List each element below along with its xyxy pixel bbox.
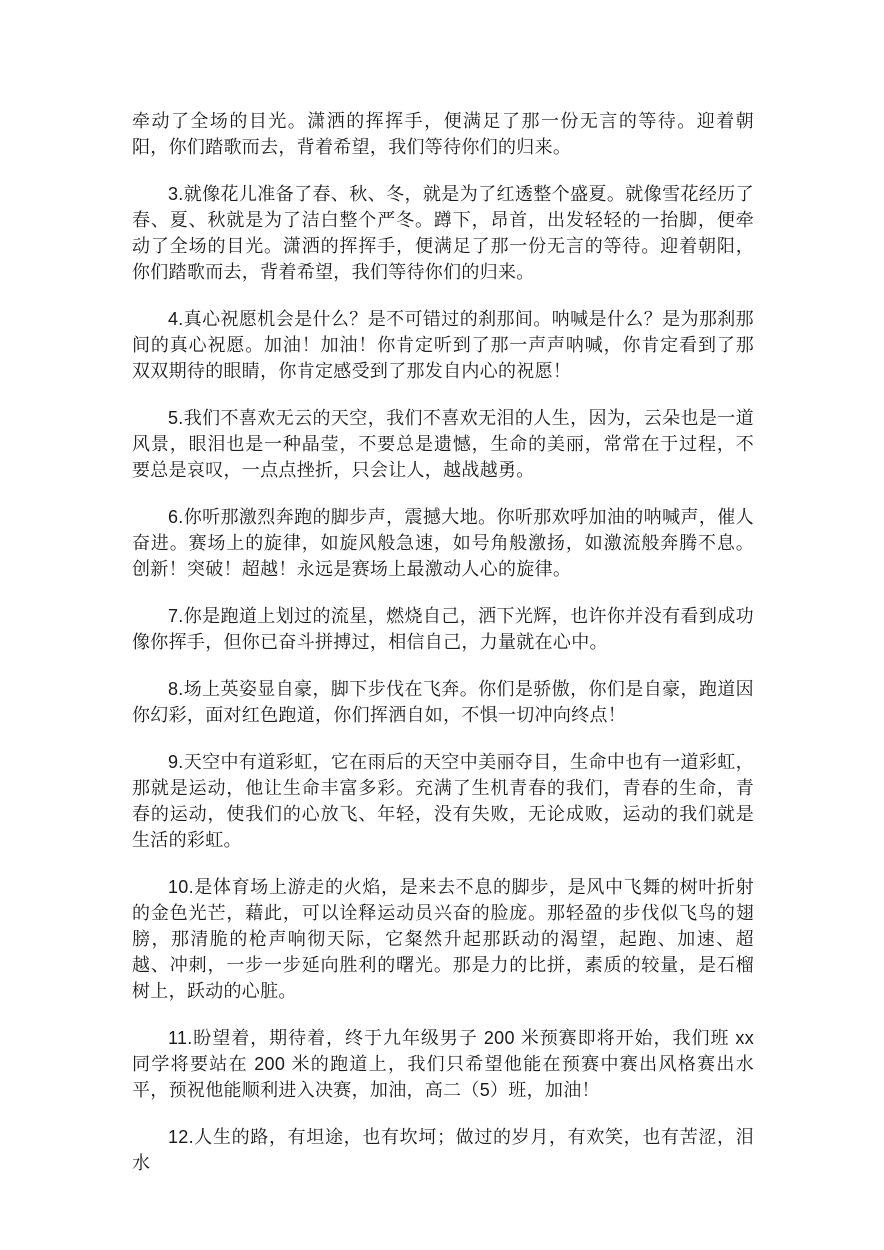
paragraph: 12.人生的路，有坦途，也有坎坷；做过的岁月，有欢笑，也有苦涩，泪水: [132, 1124, 754, 1176]
paragraph: 6.你听那激烈奔跑的脚步声，震撼大地。你听那欢呼加油的呐喊声，催人奋进。赛场上的…: [132, 504, 754, 582]
paragraph: 11.盼望着，期待着，终于九年级男子 200 米预赛即将开始，我们班 xx 同学…: [132, 1025, 754, 1103]
paragraph: 7.你是跑道上划过的流星，燃烧自己，洒下光辉，也许你并没有看到成功像你挥手，但你…: [132, 603, 754, 655]
paragraph: 9.天空中有道彩虹，它在雨后的天空中美丽夺目，生命中也有一道彩虹，那就是运动，他…: [132, 749, 754, 853]
paragraph: 3.就像花儿准备了春、秋、冬，就是为了红透整个盛夏。就像雪花经历了春、夏、秋就是…: [132, 181, 754, 285]
paragraph: 4.真心祝愿机会是什么？是不可错过的刹那间。呐喊是什么？是为那刹那间的真心祝愿。…: [132, 306, 754, 384]
paragraph: 牵动了全场的目光。潇洒的挥挥手，便满足了那一份无言的等待。迎着朝阳，你们踏歌而去…: [132, 108, 754, 160]
document-body: 牵动了全场的目光。潇洒的挥挥手，便满足了那一份无言的等待。迎着朝阳，你们踏歌而去…: [132, 108, 754, 1197]
paragraph: 5.我们不喜欢无云的天空，我们不喜欢无泪的人生，因为，云朵也是一道风景，眼泪也是…: [132, 405, 754, 483]
document-page: 牵动了全场的目光。潇洒的挥挥手，便满足了那一份无言的等待。迎着朝阳，你们踏歌而去…: [0, 0, 884, 1250]
paragraph: 8.场上英姿显自豪，脚下步伐在飞奔。你们是骄傲，你们是自豪，跑道因你幻彩，面对红…: [132, 676, 754, 728]
paragraph: 10.是体育场上游走的火焰，是来去不息的脚步，是风中飞舞的树叶折射的金色光芒，藉…: [132, 874, 754, 1004]
